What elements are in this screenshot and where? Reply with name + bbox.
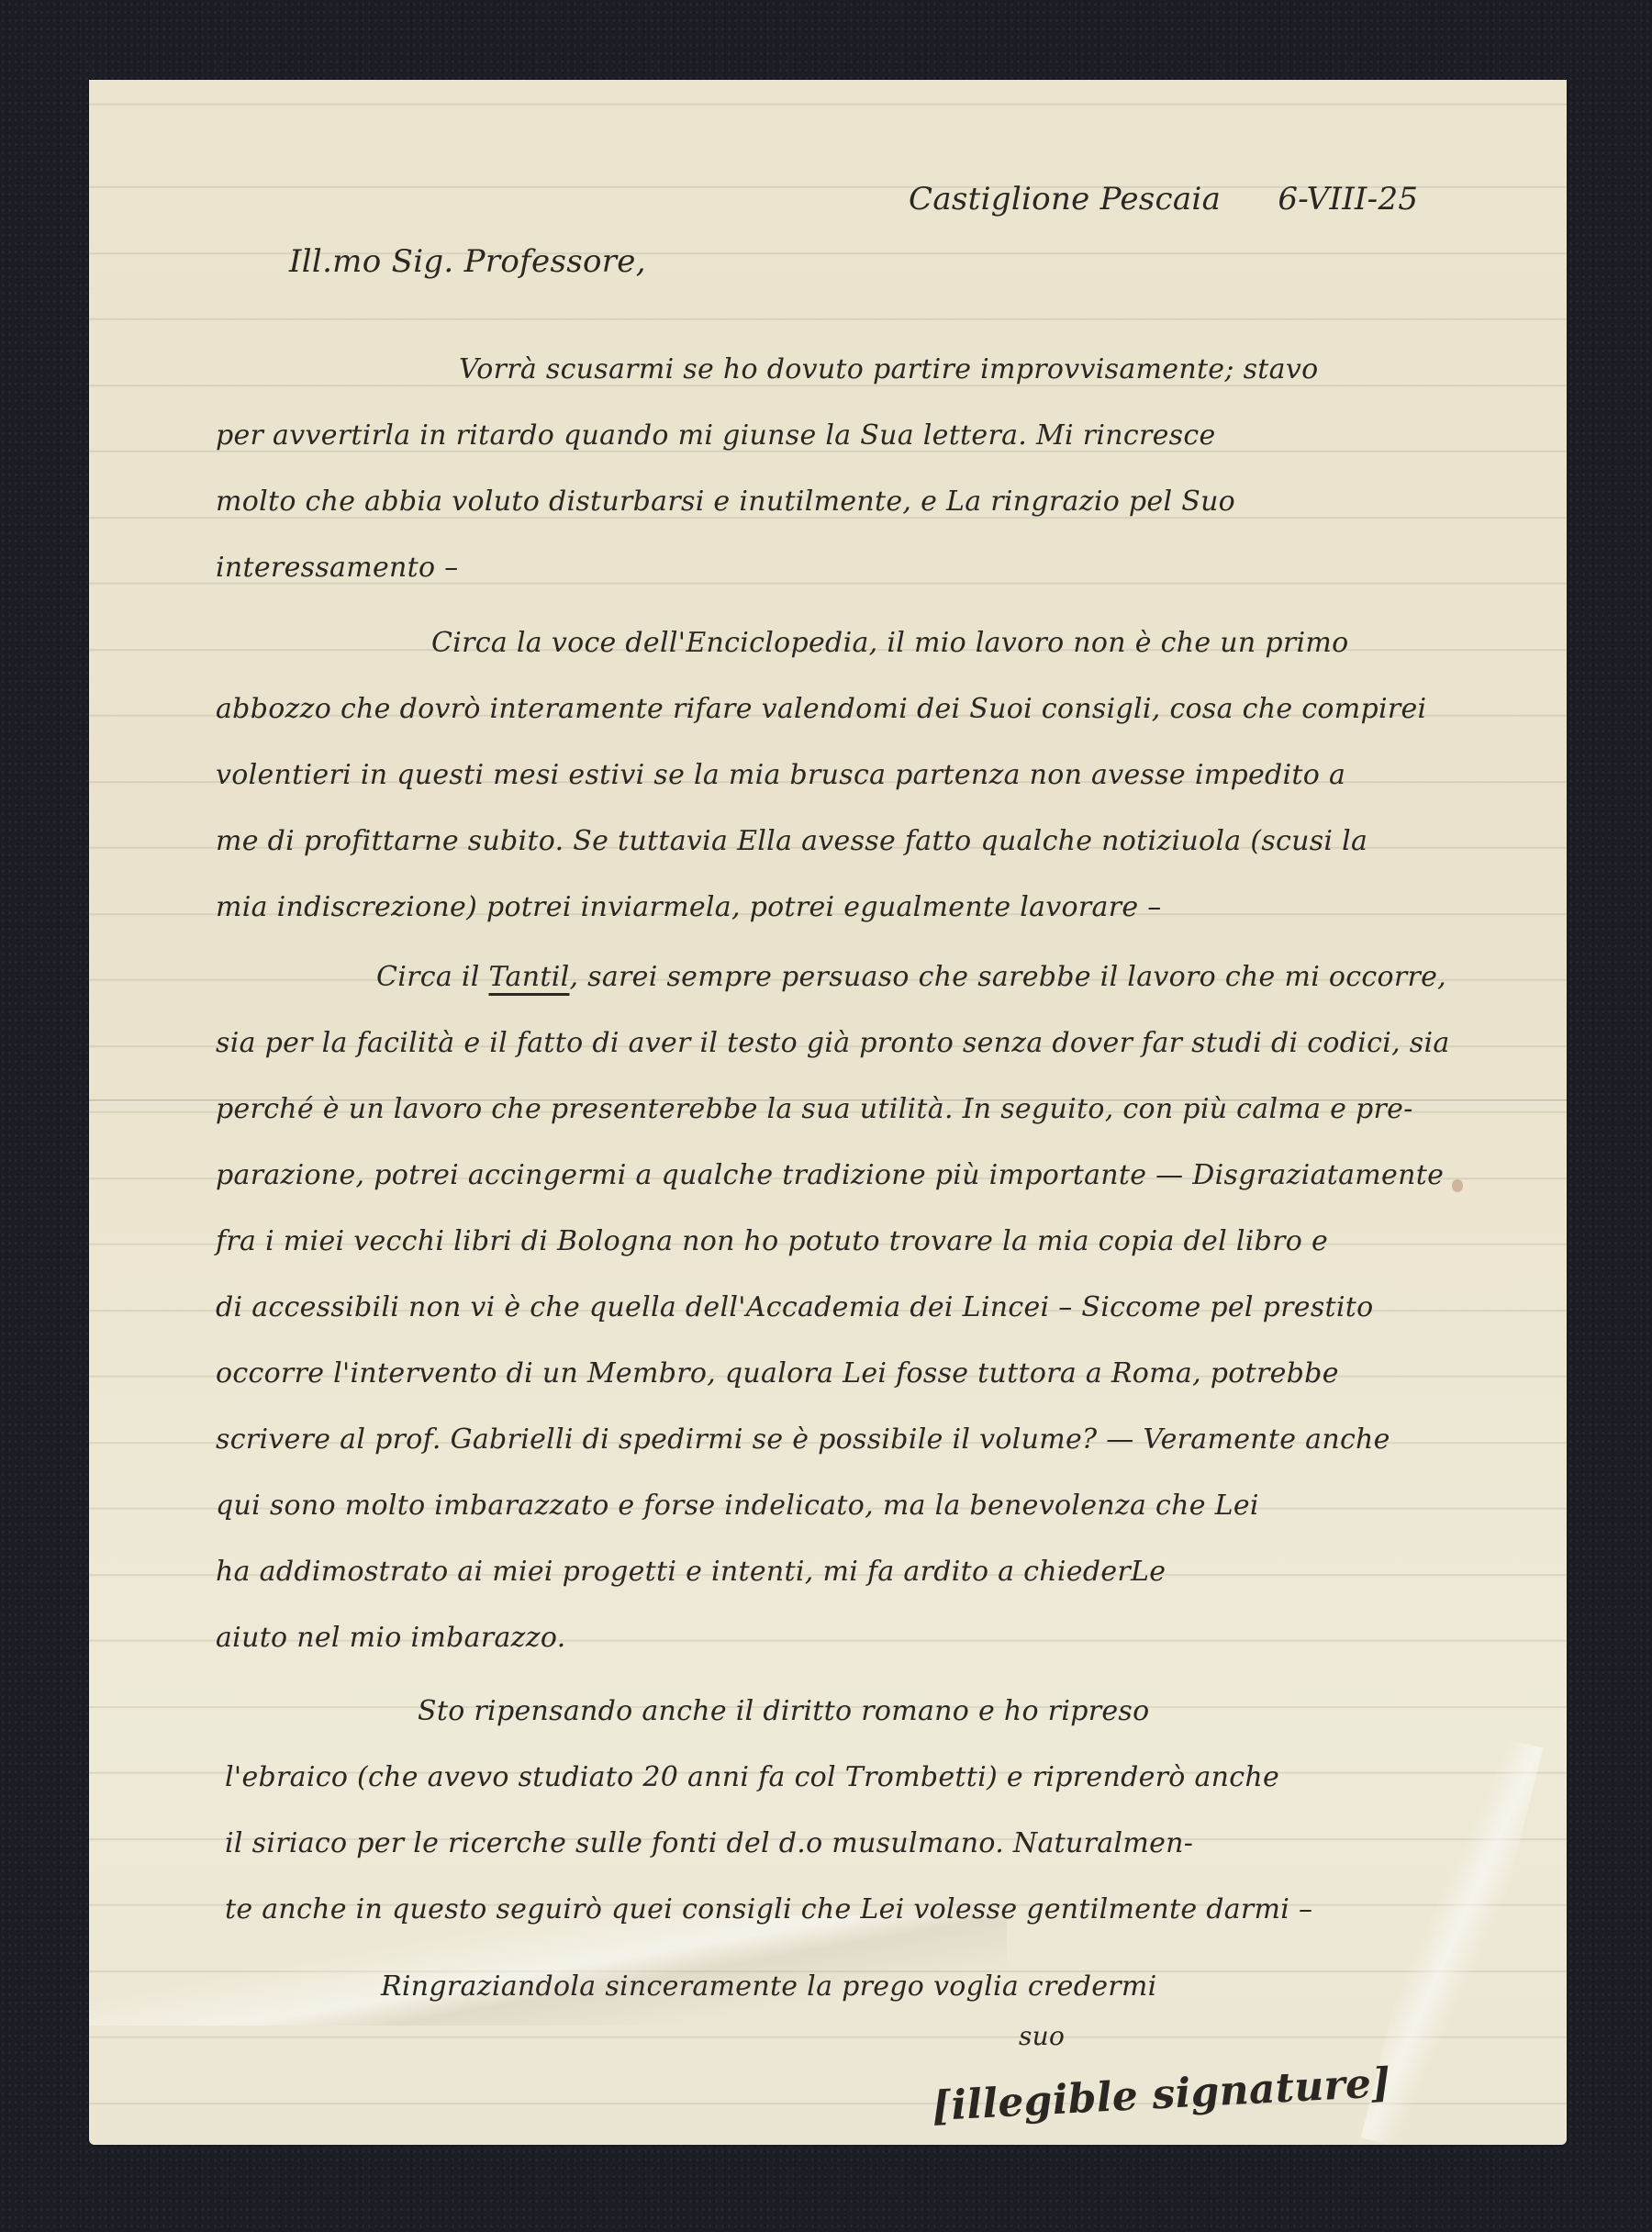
text-line: interessamento – [216,552,458,584]
text-line: me di profittarne subito. Se tuttavia El… [216,825,1367,857]
date: 6-VIII-25 [1278,181,1418,218]
text-line: fra i miei vecchi libri di Bologna non h… [216,1225,1328,1257]
text-line: il siriaco per le ricerche sulle fonti d… [225,1827,1193,1859]
letter-header: Castiglione Pescaia 6-VIII-25 [909,181,1418,218]
salutation: Ill.mo Sig. Professore, [289,243,646,280]
text-line: parazione, potrei accingermi a qualche t… [216,1159,1444,1191]
text-line: ha addimostrato ai miei progetti e inten… [216,1556,1166,1588]
text-line: aiuto nel mio imbarazzo. [216,1622,566,1654]
text-line: molto che abbia voluto disturbarsi e inu… [216,485,1235,518]
place: Castiglione Pescaia [909,181,1221,218]
text-fragment: , sarei sempre persuaso che sarebbe il l… [569,961,1446,993]
text-line: di accessibili non vi è che quella dell'… [216,1291,1374,1323]
text-line: Vorrà scusarmi se ho dovuto partire impr… [459,353,1318,385]
text-line: Sto ripensando anche il diritto romano e… [418,1695,1149,1727]
closing-line: Ringraziandola sinceramente la prego vog… [381,1970,1157,2003]
closing-abbrev: suo [1019,2021,1065,2051]
text-line: te anche in questo seguirò quei consigli… [225,1893,1312,1925]
underlined-title: Tantil [489,961,570,993]
text-line: Circa il Tantil, sarei sempre persuaso c… [376,961,1446,993]
text-line: Circa la voce dell'Enciclopedia, il mio … [431,627,1348,659]
text-line: sia per la facilità e il fatto di aver i… [216,1027,1450,1059]
text-line: scrivere al prof. Gabrielli di spedirmi … [216,1423,1390,1456]
letter-paper: Castiglione Pescaia 6-VIII-25 Ill.mo Sig… [89,80,1567,2145]
text-line: mia indiscrezione) potrei inviarmela, po… [216,891,1162,923]
text-line: abbozzo che dovrò interamente rifare val… [216,693,1426,725]
text-line: occorre l'intervento di un Membro, qualo… [216,1357,1339,1389]
text-fragment: Circa il [376,961,489,993]
ink-stain [1452,1179,1463,1192]
text-line: volentieri in questi mesi estivi se la m… [216,759,1345,791]
text-line: qui sono molto imbarazzato e forse indel… [216,1490,1259,1522]
text-line: perché è un lavoro che presenterebbe la … [216,1093,1413,1125]
text-line: per avvertirla in ritardo quando mi giun… [216,419,1216,452]
text-line: l'ebraico (che avevo studiato 20 anni fa… [225,1761,1279,1793]
